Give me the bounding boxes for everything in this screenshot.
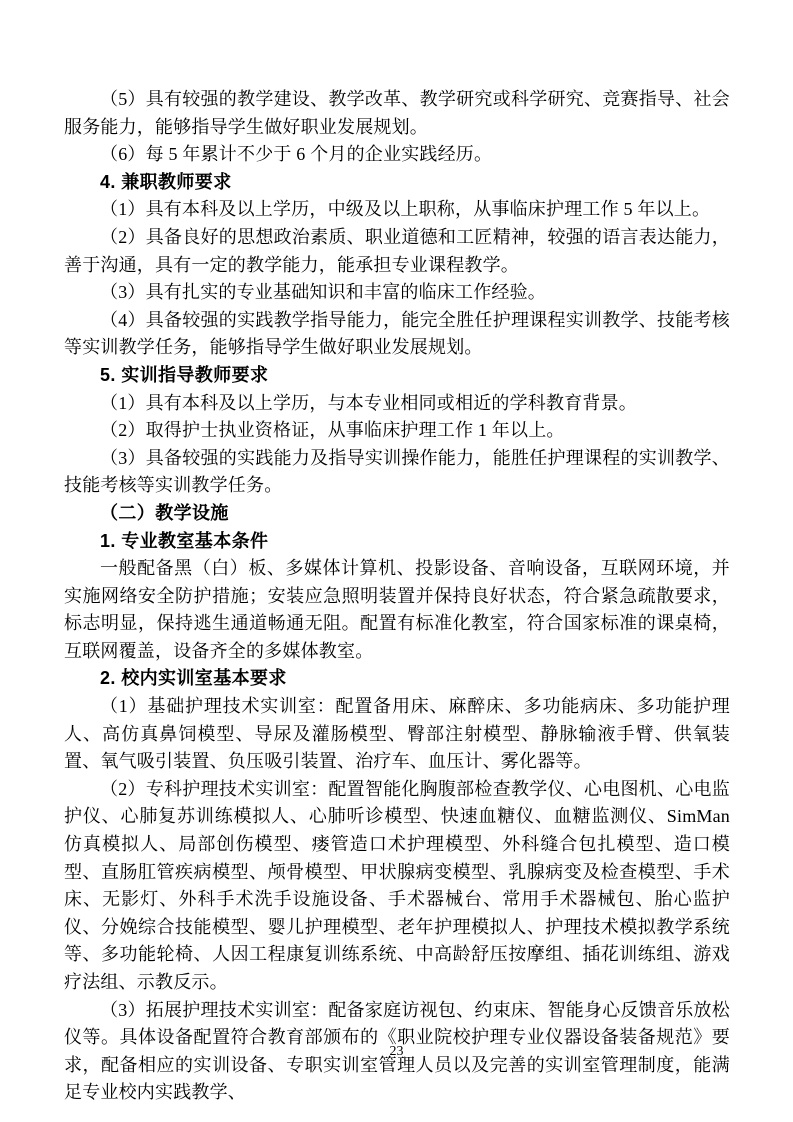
- paragraph: （1）基础护理技术实训室：配置备用床、麻醉床、多功能病床、多功能护理人、高仿真鼻…: [64, 693, 730, 776]
- section-heading: （二）教学设施: [64, 500, 730, 528]
- section-heading: 5. 实训指导教师要求: [64, 362, 730, 390]
- section-heading: 1. 专业教室基本条件: [64, 528, 730, 556]
- section-heading: 2. 校内实训室基本要求: [64, 665, 730, 693]
- paragraph: （2）取得护士执业资格证，从事临床护理工作 1 年以上。: [64, 417, 730, 445]
- document-page: （5）具有较强的教学建设、教学改革、教学研究或科学研究、竞赛指导、社会服务能力，…: [0, 0, 793, 1122]
- paragraph: （2）具备良好的思想政治素质、职业道德和工匠精神，较强的语言表达能力，善于沟通，…: [64, 224, 730, 279]
- paragraph: （4）具备较强的实践教学指导能力，能完全胜任护理课程实训教学、技能考核等实训教学…: [64, 307, 730, 362]
- paragraph: （5）具有较强的教学建设、教学改革、教学研究或科学研究、竞赛指导、社会服务能力，…: [64, 86, 730, 141]
- paragraph: （6）每 5 年累计不少于 6 个月的企业实践经历。: [64, 141, 730, 169]
- document-body: （5）具有较强的教学建设、教学改革、教学研究或科学研究、竞赛指导、社会服务能力，…: [64, 86, 730, 1107]
- paragraph: （1）具有本科及以上学历，中级及以上职称，从事临床护理工作 5 年以上。: [64, 196, 730, 224]
- paragraph: （3）具有扎实的专业基础知识和丰富的临床工作经验。: [64, 279, 730, 307]
- paragraph: （3）具备较强的实践能力及指导实训操作能力，能胜任护理课程的实训教学、技能考核等…: [64, 445, 730, 500]
- paragraph: （1）具有本科及以上学历，与本专业相同或相近的学科教育背景。: [64, 390, 730, 418]
- section-heading: 4. 兼职教师要求: [64, 169, 730, 197]
- paragraph: （2）专科护理技术实训室：配置智能化胸腹部检查教学仪、心电图机、心电监护仪、心肺…: [64, 776, 730, 997]
- page-number: 23: [0, 1043, 793, 1061]
- paragraph: 一般配备黑（白）板、多媒体计算机、投影设备、音响设备，互联网环境，并实施网络安全…: [64, 555, 730, 665]
